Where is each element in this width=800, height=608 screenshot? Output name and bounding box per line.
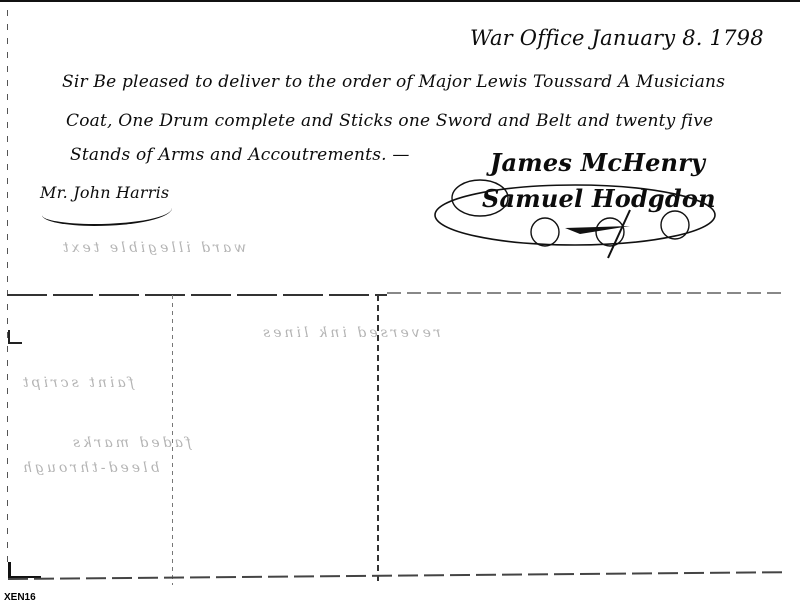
dateline: War Office January 8. 1798 bbox=[470, 26, 764, 50]
fold-line-horizontal-right bbox=[387, 292, 787, 294]
corner-mark-bottom bbox=[8, 562, 41, 578]
bottom-edge-line bbox=[8, 571, 788, 580]
body-line-3: Stands of Arms and Accoutrements. — bbox=[70, 145, 410, 165]
bleed-through-text: bleed-through bbox=[20, 460, 159, 476]
bleed-through-text: faint script bbox=[20, 375, 134, 391]
document-page: War Office January 8. 1798 Sir Be please… bbox=[0, 0, 800, 608]
fold-line-horizontal bbox=[7, 294, 387, 296]
addressee-underline bbox=[42, 208, 172, 226]
body-line-1: Sir Be pleased to deliver to the order o… bbox=[62, 72, 725, 92]
addressee: Mr. John Harris bbox=[40, 183, 169, 202]
signature-flourish-icon bbox=[430, 170, 720, 260]
left-edge-line bbox=[7, 10, 8, 570]
bleed-through-text: faded marks bbox=[70, 435, 191, 451]
reference-label: XEN16 bbox=[4, 592, 36, 603]
corner-mark bbox=[8, 330, 22, 344]
bleed-through-text: ward illegible text bbox=[60, 240, 246, 256]
top-edge-line bbox=[0, 0, 800, 2]
bleed-through-text: reversed ink lines bbox=[260, 325, 441, 341]
body-line-2: Coat, One Drum complete and Sticks one S… bbox=[66, 111, 713, 131]
